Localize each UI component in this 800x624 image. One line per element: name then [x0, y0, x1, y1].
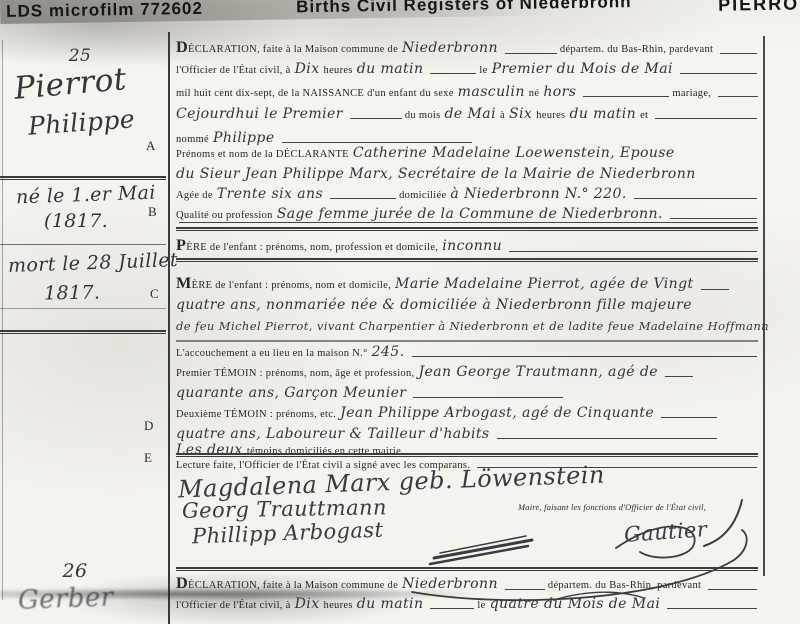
form-line [176, 222, 760, 226]
margin-rule [0, 176, 166, 178]
printed-text: l'Officier de l'État civil, à [176, 65, 291, 76]
microfilm-number-label: LDS microfilm 772602 [6, 0, 203, 22]
printed-text: PÈRE de l'enfant : prénoms, nom, profess… [176, 236, 438, 255]
section-letter-b: B [148, 204, 157, 220]
printed-text: départem. du Bas-Rhin, pardevant [560, 44, 713, 55]
handwritten-text: quarante ans, Garçon Meunier [176, 385, 406, 401]
form-line: quarante ans, Garçon Meunier [176, 385, 760, 401]
form-line: quatre ans, nonmariée née & domiciliée à… [176, 297, 760, 313]
margin-divider-rule [168, 32, 170, 624]
record-column: Magdalena Marx geb. Löwenstein Georg Tra… [176, 34, 762, 624]
form-line: PÈRE de l'enfant : prénoms, nom, profess… [176, 236, 760, 255]
section-letter-e: E [144, 450, 152, 466]
section-divider [176, 258, 758, 260]
handwritten-text: hors [543, 84, 576, 100]
surname-header-label: PIERROT [718, 0, 800, 16]
form-line: Cejourdhui le Premierdu moisde MaiàSixhe… [176, 106, 760, 122]
handwritten-text: Jean George Trautmann, agé de [418, 364, 657, 380]
section-letter-d: D [144, 418, 153, 434]
handwritten-text: quatre ans, Laboureur & Tailleur d'habit… [176, 426, 490, 442]
form-line: mil huit cent dix-sept, de la NAISSANCE … [176, 84, 760, 100]
handwritten-text: Sage femme jurée de la Commune de Nieder… [277, 206, 663, 222]
death-date-note: mort le 28 Juillet [8, 249, 179, 277]
rule-filler [634, 198, 757, 199]
rule-filler [701, 289, 729, 290]
printed-text: le [479, 65, 487, 76]
printed-text: L'accouchement a eu lieu en la maison N.… [176, 348, 368, 359]
signature-flourish [404, 496, 764, 606]
handwritten-text: 245. [372, 344, 405, 360]
rule-filler [497, 438, 717, 439]
rule-filler [655, 118, 757, 119]
handwritten-text: Jean Philippe Arbogast, agé de Cinquante [340, 405, 654, 421]
handwritten-text: Niederbronn [402, 40, 498, 56]
margin-rule [0, 244, 166, 245]
rule-filler [680, 73, 757, 74]
witness-signature-2: Phillipp Arbogast [192, 518, 384, 549]
margin-given-name: Philippe [27, 104, 136, 140]
microfilm-header: LDS microfilm 772602 Births Civil Regist… [0, 0, 800, 30]
rule-filler [430, 73, 476, 74]
section-divider [176, 227, 758, 229]
handwritten-text: de Mai [445, 106, 496, 122]
printed-text: à [500, 110, 505, 121]
printed-text: Qualité ou profession [176, 210, 273, 221]
form-line: Premier TÉMOIN : prénoms, nom, âge et pr… [176, 364, 760, 380]
form-line: DÉCLARATION, faite à la Maison commune d… [176, 38, 760, 57]
rule-filler [350, 118, 402, 119]
rule-filler [720, 53, 757, 54]
rule-filler [509, 251, 757, 252]
section-divider [176, 453, 758, 455]
margin-surname: Pierrot [13, 61, 128, 107]
section-letter-c: C [150, 286, 159, 302]
handwritten-text: Dix [295, 596, 320, 612]
form-line: Deuxième TÉMOIN : prénoms, etc.Jean Phil… [176, 405, 760, 421]
form-line: Agée deTrente six ansdomiciliéeà Niederb… [176, 186, 760, 202]
handwritten-text: Trente six ans [217, 186, 323, 202]
rule-filler [667, 608, 757, 609]
margin-rule [0, 330, 166, 332]
printed-text: l'Officier de l'État civil, à [176, 600, 291, 611]
printed-text: domiciliée [399, 190, 446, 201]
right-page-rule [763, 36, 765, 576]
form-line: Qualité ou professionSage femme jurée de… [176, 206, 760, 222]
printed-text: heures [536, 110, 565, 121]
rule-filler [179, 222, 757, 223]
margin-rule [0, 308, 166, 309]
handwritten-text: du Sieur Jean Philippe Marx, Secrétaire … [176, 166, 696, 182]
section-letter-a: A [146, 138, 155, 154]
printed-text: heures [324, 65, 353, 76]
handwritten-text: Marie Madelaine Pierrot, agée de Vingt [395, 276, 694, 292]
birth-date-note: né le 1.er Mai [16, 182, 157, 209]
handwritten-text: Catherine Madelaine Loewenstein, Epouse [353, 145, 675, 161]
rule-filler [505, 53, 557, 54]
printed-text: mil huit cent dix-sept, de la NAISSANCE … [176, 88, 454, 99]
form-line: du Sieur Jean Philippe Marx, Secrétaire … [176, 166, 760, 182]
rule-filler [330, 198, 396, 199]
handwritten-text: Premier du Mois de Mai [492, 61, 673, 77]
form-line: l'Officier de l'État civil, àDixheuresdu… [176, 61, 760, 77]
printed-text: Prénoms et nom de la DÉCLARANTE [176, 149, 349, 160]
form-line: Prénoms et nom de la DÉCLARANTECatherine… [176, 145, 760, 161]
rule-filler [661, 417, 717, 418]
margin-column: 25 Pierrot Philippe A né le 1.er Mai (18… [0, 32, 168, 624]
entry-number: 25 [0, 46, 160, 66]
handwritten-text: à Niederbronn N.° 220. [450, 186, 626, 202]
printed-text: Deuxième TÉMOIN : prénoms, etc. [176, 409, 336, 420]
rule-filler [718, 96, 758, 97]
form-line: de feu Michel Pierrot, vivant Charpentie… [176, 319, 760, 333]
handwritten-text: Cejourdhui le Premier [176, 106, 343, 122]
handwritten-text: du matin [569, 106, 636, 122]
printed-text: Premier TÉMOIN : prénoms, nom, âge et pr… [176, 368, 414, 379]
next-entry-number: 26 [30, 560, 120, 582]
handwritten-text: inconnu [442, 238, 502, 254]
maire-function-label: Maire, faisant les fonctions d'Officier … [518, 502, 706, 512]
form-line: nomméPhilippe [176, 130, 760, 146]
handwritten-text: Philippe [213, 130, 275, 146]
printed-text: MÈRE de l'enfant : prénoms, nom et domic… [176, 274, 391, 293]
rule-filler [412, 356, 758, 357]
rule-filler [282, 142, 472, 143]
printed-text: DÉCLARATION, faite à la Maison commune d… [176, 38, 398, 57]
death-year-note: 1817. [44, 282, 101, 305]
printed-text: né [529, 88, 540, 99]
printed-text: et [640, 110, 648, 121]
handwritten-text: quatre ans, nonmariée née & domiciliée à… [176, 297, 692, 313]
rule-filler [413, 397, 563, 398]
printed-text: DÉCLARATION, faite à la Maison commune d… [176, 574, 398, 593]
form-line: quatre ans, Laboureur & Tailleur d'habit… [176, 426, 760, 442]
printed-text: nommé [176, 134, 209, 145]
printed-text: du mois [405, 110, 441, 121]
handwritten-text: de feu Michel Pierrot, vivant Charpentie… [176, 319, 769, 333]
section-divider [176, 340, 758, 342]
handwritten-text: Dix [295, 61, 320, 77]
rule-filler [430, 608, 474, 609]
handwritten-text: Six [509, 106, 532, 122]
rule-filler [583, 96, 669, 97]
form-line: L'accouchement a eu lieu en la maison N.… [176, 344, 760, 360]
rule-filler [665, 376, 693, 377]
printed-text: heures [324, 600, 353, 611]
handwritten-text: masculin [458, 84, 525, 100]
form-line: MÈRE de l'enfant : prénoms, nom et domic… [176, 274, 760, 293]
printed-text: mariage, [672, 88, 711, 99]
handwritten-text: du matin [357, 61, 424, 77]
printed-text: Agée de [176, 190, 213, 201]
rule-filler [670, 218, 757, 219]
birth-year-note: (1817. [44, 210, 108, 232]
